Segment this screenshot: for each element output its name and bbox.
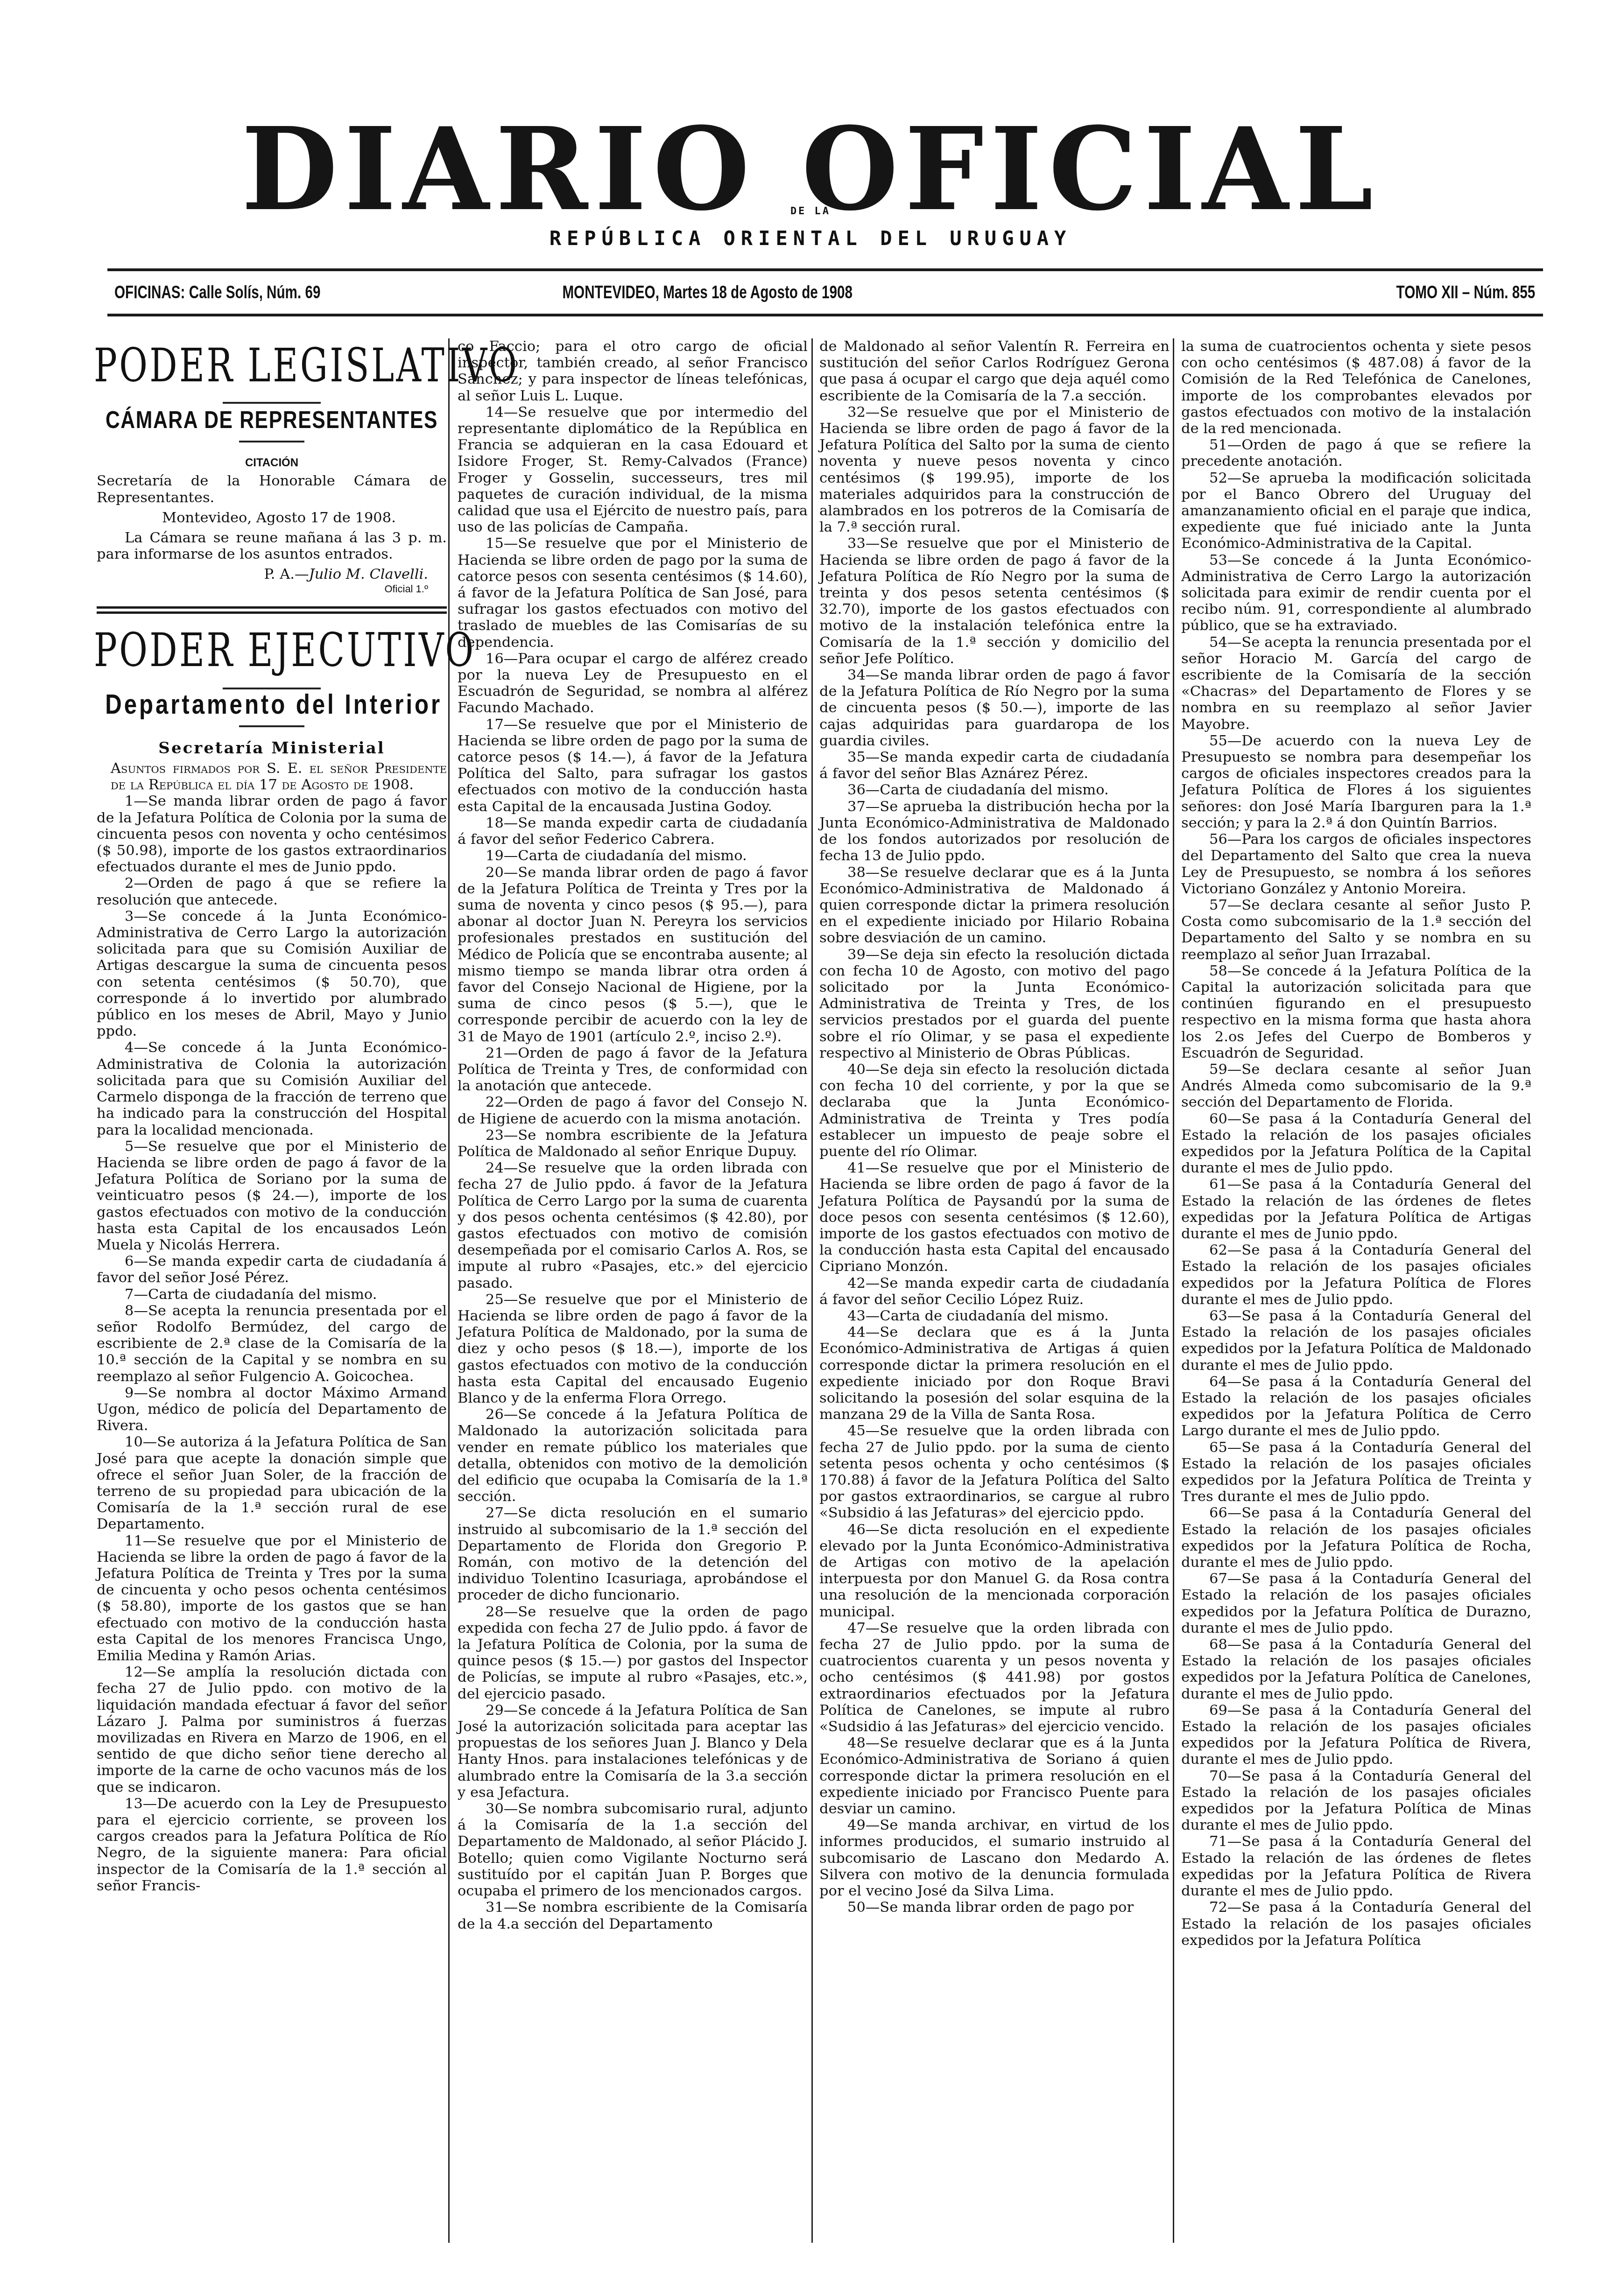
resolution-item: 41—Se resuelve que por el Ministerio de … [819, 1160, 1170, 1275]
resolution-item: 24—Se resuelve que la orden librada con … [458, 1160, 808, 1292]
column-1: PODER LEGISLATIVO CÁMARA DE REPRESENTANT… [97, 338, 447, 1894]
resolution-item: 44—Se declara que es á la Junta Económic… [819, 1324, 1170, 1423]
resolution-item: 52—Se aprueba la modificación solicitada… [1181, 470, 1531, 552]
resolution-item: 37—Se aprueba la distribución hecha por … [819, 799, 1170, 864]
citacion-body: La Cámara se reune mañana á las 3 p. m. … [97, 530, 447, 562]
resolution-item: 58—Se concede á la Jefatura Política de … [1181, 963, 1531, 1061]
resolution-item: 43—Carta de ciudadanía del mismo. [819, 1308, 1170, 1324]
secretaria-heading: Secretaría Ministerial [97, 740, 447, 757]
resolution-item: 33—Se resuelve que por el Ministerio de … [819, 535, 1170, 667]
resolution-item: 6—Se manda expedir carta de ciudadanía á… [97, 1253, 447, 1286]
resolution-item: 46—Se dicta resolución en el expediente … [819, 1522, 1170, 1620]
resolution-item: 5—Se resuelve que por el Ministerio de H… [97, 1138, 447, 1253]
resolution-item: 29—Se concede á la Jefatura Política de … [458, 1702, 808, 1801]
resolution-item: 40—Se deja sin efecto la resolución dict… [819, 1061, 1170, 1160]
resolution-item: co Faccio; para el otro cargo de oficial… [458, 338, 808, 404]
resolution-item: 55—De acuerdo con la nueva Ley de Presup… [1181, 733, 1531, 831]
resolution-item: 10—Se autoriza á la Jefatura Política de… [97, 1434, 447, 1532]
resolution-item: 7—Carta de ciudadanía del mismo. [97, 1286, 447, 1303]
resolution-item: 72—Se pasa á la Contaduría General del E… [1181, 1899, 1531, 1949]
resolution-item: 1—Se manda librar orden de pago á favor … [97, 793, 447, 875]
resolution-item: 59—Se declara cesante al señor Juan Andr… [1181, 1061, 1531, 1111]
masthead-top-rule [107, 268, 1543, 271]
column-divider [1173, 338, 1174, 2243]
offices-address: OFICINAS: Calle Solís, Núm. 69 [114, 283, 320, 303]
resolution-item: 23—Se nombra escribiente de la Jefatura … [458, 1127, 808, 1160]
resolution-item: 21—Orden de pago á favor de la Jefatura … [458, 1045, 808, 1095]
column-divider [811, 338, 813, 2243]
resolution-item: 26—Se concede á la Jefatura Política de … [458, 1406, 808, 1505]
column-1-items: 1—Se manda librar orden de pago á favor … [97, 793, 447, 1894]
resolution-item: 42—Se manda expedir carta de ciudadanía … [819, 1275, 1170, 1308]
resolution-item: 63—Se pasa á la Contaduría General del E… [1181, 1308, 1531, 1374]
masthead-bottom-rule [107, 314, 1543, 316]
resolution-item: de Maldonado al señor Valentín R. Ferrei… [819, 338, 1170, 404]
resolution-item: 32—Se resuelve que por el Ministerio de … [819, 404, 1170, 536]
masthead-de-la: DE LA [0, 205, 1621, 217]
resolution-item: 34—Se manda librar orden de pago á favor… [819, 667, 1170, 749]
resolution-item: 65—Se pasa á la Contaduría General del E… [1181, 1439, 1531, 1505]
resolution-item: 38—Se resuelve declarar que es á la Junt… [819, 864, 1170, 947]
resolution-item: 3—Se concede á la Junta Económico-Admini… [97, 908, 447, 1040]
resolution-item: 15—Se resuelve que por el Ministerio de … [458, 535, 808, 650]
resolution-item: 27—Se dicta resolución en el sumario ins… [458, 1505, 808, 1603]
resolution-item: 11—Se resuelve que por el Ministerio de … [97, 1533, 447, 1664]
resolution-item: 4—Se concede á la Junta Económico-Admini… [97, 1039, 447, 1138]
resolution-item: 71—Se pasa á la Contaduría General del E… [1181, 1833, 1531, 1899]
resolution-item: 13—De acuerdo con la Ley de Presupuesto … [97, 1796, 447, 1894]
resolution-item: 60—Se pasa á la Contaduría General del E… [1181, 1111, 1531, 1177]
column-4-items: la suma de cuatrocientos ochenta y siete… [1181, 338, 1531, 1949]
department-heading: Departamento del Interior [105, 696, 438, 712]
resolution-item: la suma de cuatrocientos ochenta y siete… [1181, 338, 1531, 437]
divider [239, 441, 304, 442]
resolution-item: 18—Se manda expedir carta de ciudadanía … [458, 815, 808, 848]
resolution-item: 45—Se resuelve que la orden librada con … [819, 1423, 1170, 1521]
resolution-item: 12—Se amplía la resolución dictada con f… [97, 1664, 447, 1796]
resolution-item: 19—Carta de ciudadanía del mismo. [458, 848, 808, 864]
section-double-rule [97, 606, 447, 614]
resolution-item: 30—Se nombra subcomisario rural, adjunto… [458, 1801, 808, 1899]
resolution-item: 25—Se resuelve que por el Ministerio de … [458, 1292, 808, 1406]
resolution-item: 56—Para los cargos de oficiales inspecto… [1181, 831, 1531, 897]
resolution-item: 53—Se concede á la Junta Económico-Admin… [1181, 552, 1531, 634]
signature-title: Oficial 1.º [97, 583, 447, 595]
resolution-item: 61—Se pasa á la Contaduría General del E… [1181, 1176, 1531, 1242]
dateline: MONTEVIDEO, Martes 18 de Agosto de 1908 [562, 283, 853, 303]
resolution-item: 35—Se manda expedir carta de ciudadanía … [819, 749, 1170, 782]
masthead-subtitle: REPÚBLICA ORIENTAL DEL URUGUAY [0, 227, 1621, 250]
poder-legislativo-heading: PODER LEGISLATIVO [94, 342, 450, 389]
resolution-item: 68—Se pasa á la Contaduría General del E… [1181, 1636, 1531, 1702]
resolution-item: 2—Orden de pago á que se refiere la reso… [97, 875, 447, 908]
citacion-label: CITACIÓN [97, 455, 447, 471]
resolution-item: 14—Se resuelve que por intermedio del re… [458, 404, 808, 536]
poder-ejecutivo-heading: PODER EJECUTIVO [94, 627, 450, 674]
asuntos-intro: Asuntos firmados por S. E. el señor Pres… [97, 760, 447, 793]
resolution-item: 47—Se resuelve que la orden librada con … [819, 1620, 1170, 1735]
resolution-item: 50—Se manda librar orden de pago por [819, 1899, 1170, 1916]
signature-prefix: P. A.— [264, 566, 309, 583]
resolution-item: 64—Se pasa á la Contaduría General del E… [1181, 1374, 1531, 1439]
resolution-item: 17—Se resuelve que por el Ministerio de … [458, 716, 808, 815]
resolution-item: 9—Se nombra al doctor Máximo Armand Ugon… [97, 1385, 447, 1434]
resolution-item: 28—Se resuelve que la orden de pago expe… [458, 1604, 808, 1702]
resolution-item: 22—Orden de pago á favor del Consejo N. … [458, 1094, 808, 1127]
resolution-item: 20—Se manda librar orden de pago á favor… [458, 864, 808, 1045]
resolution-item: 49—Se manda archivar, en virtud de los i… [819, 1817, 1170, 1899]
resolution-item: 39—Se deja sin efecto la resolución dict… [819, 947, 1170, 1061]
resolution-item: 62—Se pasa á la Contaduría General del E… [1181, 1242, 1531, 1308]
divider [239, 725, 304, 727]
signature: P. A.—Julio M. Clavelli. [97, 566, 447, 583]
resolution-item: 66—Se pasa á la Contaduría General del E… [1181, 1505, 1531, 1571]
divider [223, 402, 321, 404]
resolution-item: 70—Se pasa á la Contaduría General del E… [1181, 1768, 1531, 1834]
column-2-items: co Faccio; para el otro cargo de oficial… [458, 338, 808, 1932]
resolution-item: 16—Para ocupar el cargo de alférez cread… [458, 651, 808, 716]
camara-heading: CÁMARA DE REPRESENTANTES [105, 412, 438, 428]
citacion-date: Montevideo, Agosto 17 de 1908. [97, 510, 447, 526]
resolution-item: 69—Se pasa á la Contaduría General del E… [1181, 1702, 1531, 1768]
resolution-item: 31—Se nombra escribiente de la Comisaría… [458, 1899, 808, 1932]
resolution-item: 67—Se pasa á la Contaduría General del E… [1181, 1571, 1531, 1636]
resolution-item: 8—Se acepta la renuncia presentada por e… [97, 1303, 447, 1385]
column-3: de Maldonado al señor Valentín R. Ferrei… [819, 338, 1170, 1916]
resolution-item: 36—Carta de ciudadanía del mismo. [819, 782, 1170, 798]
resolution-item: 57—Se declara cesante al señor Justo P. … [1181, 897, 1531, 963]
resolution-item: 54—Se acepta la renuncia presentada por … [1181, 634, 1531, 733]
column-4: la suma de cuatrocientos ochenta y siete… [1181, 338, 1531, 1949]
resolution-item: 51—Orden de pago á que se refiere la pre… [1181, 437, 1531, 470]
resolution-item: 48—Se resuelve declarar que es á la Junt… [819, 1735, 1170, 1817]
issue-number: TOMO XII – Núm. 855 [1396, 283, 1536, 303]
signature-name: Julio M. Clavelli. [309, 566, 428, 583]
column-3-items: de Maldonado al señor Valentín R. Ferrei… [819, 338, 1170, 1916]
column-2: co Faccio; para el otro cargo de oficial… [458, 338, 808, 1932]
citacion-from: Secretaría de la Honorable Cámara de Rep… [97, 473, 447, 506]
info-bar: OFICINAS: Calle Solís, Núm. 69 MONTEVIDE… [114, 283, 1538, 306]
